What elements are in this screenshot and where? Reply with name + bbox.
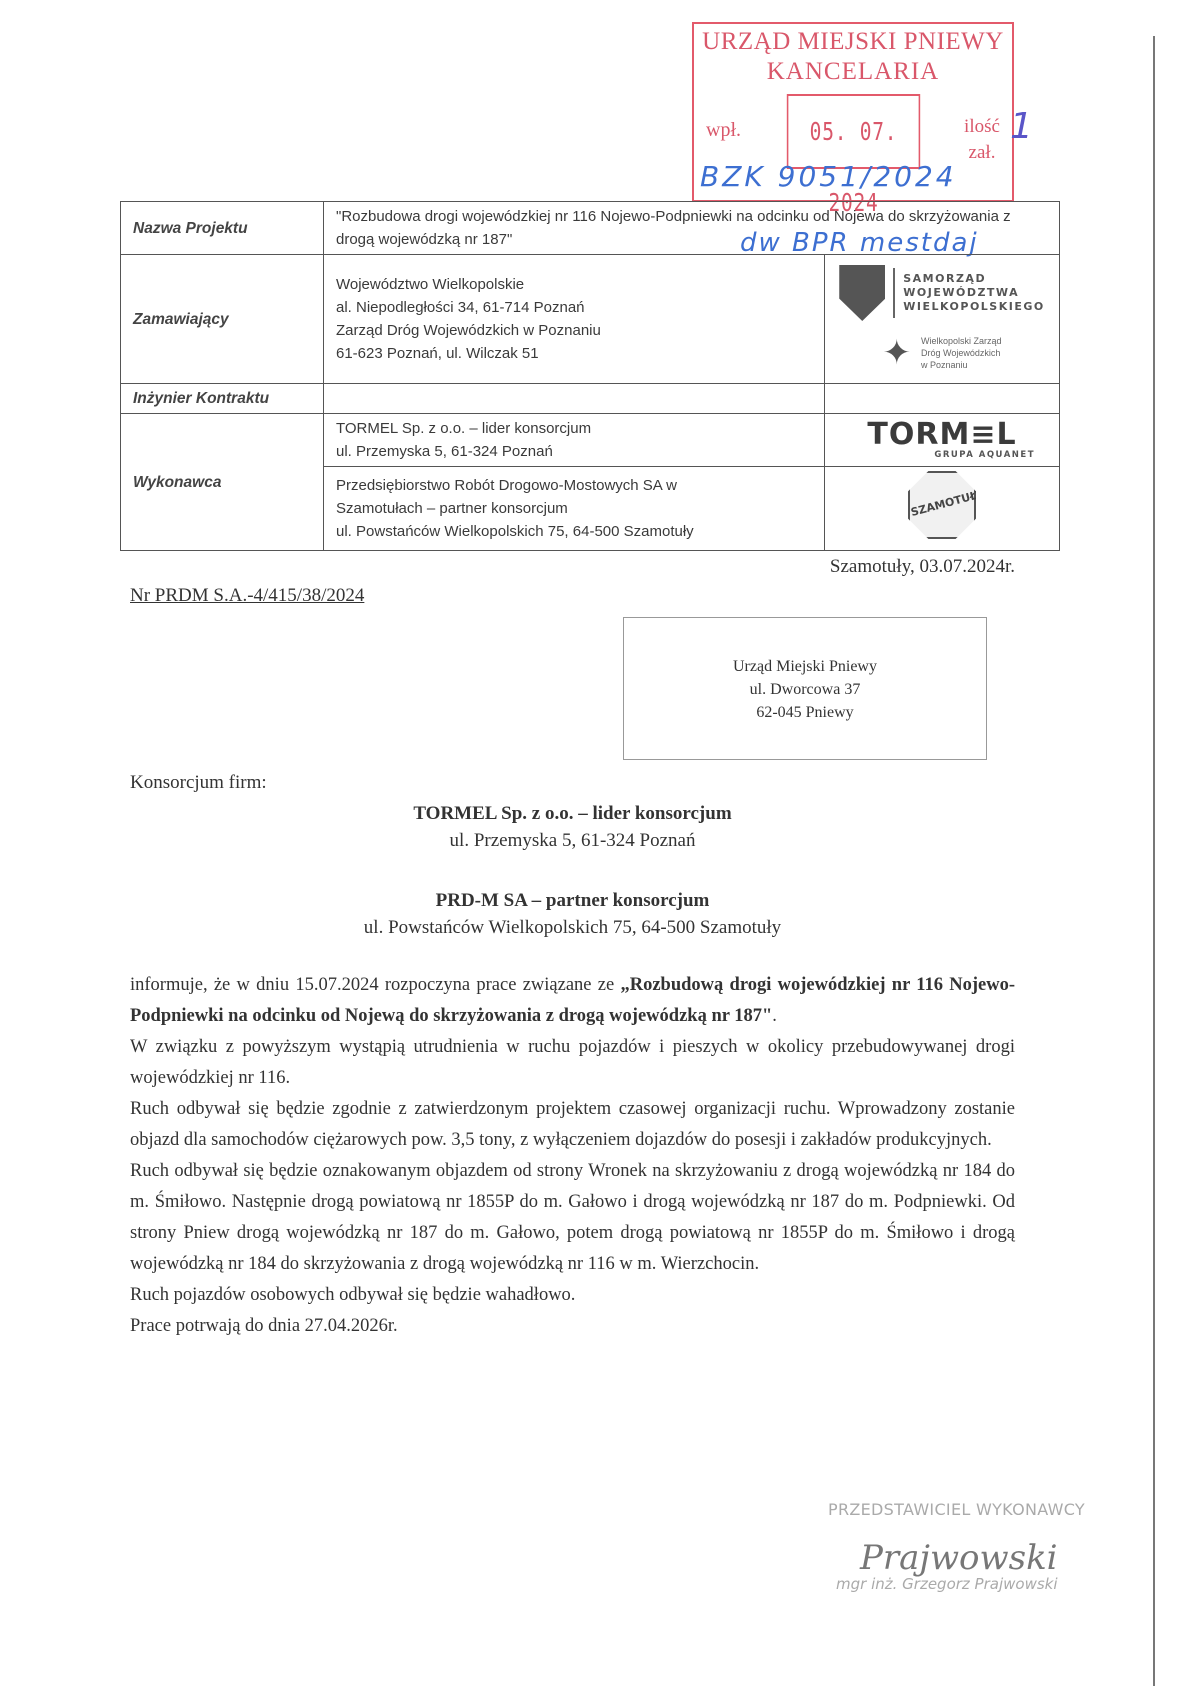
firm-address: ul. Powstańców Wielkopolskich 75, 64-500…: [130, 914, 1015, 941]
prdm-logo-text: SZAMOTUŁY: [908, 485, 976, 524]
firm-name: TORMEL Sp. z o.o. – lider konsorcjum: [130, 800, 1015, 827]
stamp-office: URZĄD MIEJSKI PNIEWY: [694, 28, 1012, 56]
contractor-line: Przedsiębiorstwo Robót Drogowo-Mostowych…: [336, 474, 812, 497]
prdm-logo: SZAMOTUŁY: [825, 467, 1060, 551]
client-line: 61-623 Poznań, ul. Wilczak 51: [336, 342, 812, 365]
eagle-shield-icon: [839, 265, 885, 321]
logo-text: Dróg Wojewódzkich: [921, 347, 1002, 359]
tormel-wordmark: TORM≡L: [831, 420, 1053, 450]
signature-name: mgr inż. Grzegorz Prajwowski: [836, 1575, 1058, 1593]
stamp-department: KANCELARIA: [694, 58, 1012, 86]
road-junction-icon: ✦: [882, 336, 911, 370]
contractor-line: ul. Powstańców Wielkopolskich 75, 64-500…: [336, 520, 812, 543]
body-text: .: [772, 1006, 777, 1026]
client-line: Zarząd Dróg Wojewódzkich w Poznaniu: [336, 319, 812, 342]
contractor-line: ul. Przemyska 5, 61-324 Poznań: [336, 440, 812, 463]
row-engineer: Inżynier Kontraktu: [121, 384, 1060, 414]
contractor-leader: TORMEL Sp. z o.o. – lider konsorcjum ul.…: [324, 414, 825, 467]
place-date: Szamotuły, 03.07.2024r.: [830, 556, 1015, 578]
stamp-received-label: wpł.: [706, 119, 741, 142]
logo-text: SAMORZĄD: [903, 272, 1045, 286]
page-edge-line: [1153, 36, 1155, 1686]
tormel-logo: TORM≡L GRUPA AQUANET: [825, 414, 1060, 467]
letter-body: informuje, że w dniu 15.07.2024 rozpoczy…: [130, 970, 1015, 1342]
project-label: Nazwa Projektu: [121, 202, 324, 255]
project-info-table: Nazwa Projektu "Rozbudowa drogi wojewódz…: [120, 201, 1060, 551]
contractor-label: Wykonawca: [121, 414, 324, 551]
samorzad-logo: SAMORZĄD WOJEWÓDZTWA WIELKOPOLSKIEGO: [831, 265, 1053, 321]
prdm-octagon-icon: SZAMOTUŁY: [908, 471, 976, 539]
client-details: Województwo Wielkopolskie al. Niepodległ…: [324, 255, 825, 384]
handwritten-ref: BZK 9051/2024: [700, 160, 957, 193]
stamp-received-date: 05. 07. 2024: [787, 94, 920, 169]
client-line: al. Niepodległości 34, 61-714 Poznań: [336, 296, 812, 319]
firm-partner: PRD-M SA – partner konsorcjum ul. Powsta…: [130, 887, 1015, 941]
reference-number: Nr PRDM S.A.-4/415/38/2024: [130, 585, 364, 607]
signature-title: PRZEDSTAWICIEL WYKONAWCY: [828, 1500, 1085, 1519]
logo-text: w Poznaniu: [921, 359, 1002, 371]
row-client: Zamawiający Województwo Wielkopolskie al…: [121, 255, 1060, 384]
contractor-line: Szamotułach – partner konsorcjum: [336, 497, 812, 520]
engineer-label: Inżynier Kontraktu: [121, 384, 324, 414]
body-paragraph-5: Ruch pojazdów osobowych odbywał się będz…: [130, 1280, 1015, 1311]
signature-scribble: Prajwowski: [860, 1538, 1058, 1578]
recipient-address-box: Urząd Miejski Pniewy ul. Dworcowa 37 62-…: [623, 617, 987, 760]
body-paragraph-3: Ruch odbywał się będzie zgodnie z zatwie…: [130, 1094, 1015, 1156]
project-value: "Rozbudowa drogi wojewódzkiej nr 116 Noj…: [324, 202, 1060, 255]
body-paragraph-2: W związku z powyższym wystąpią utrudnien…: [130, 1032, 1015, 1094]
body-paragraph-6: Prace potrwają do dnia 27.04.2026r.: [130, 1311, 1015, 1342]
recipient-line: Urząd Miejski Pniewy: [624, 655, 986, 678]
body-text: informuje, że w dniu 15.07.2024 rozpoczy…: [130, 975, 620, 995]
firm-name: PRD-M SA – partner konsorcjum: [130, 887, 1015, 914]
body-paragraph-4: Ruch odbywał się będzie oznakowanym obja…: [130, 1156, 1015, 1280]
contractor-partner: Przedsiębiorstwo Robót Drogowo-Mostowych…: [324, 467, 825, 551]
client-logos: SAMORZĄD WOJEWÓDZTWA WIELKOPOLSKIEGO ✦ W…: [825, 255, 1060, 384]
recipient-line: ul. Dworcowa 37: [624, 678, 986, 701]
client-line: Województwo Wielkopolskie: [336, 273, 812, 296]
recipient-line: 62-045 Pniewy: [624, 701, 986, 724]
stamp-attachments-count: 1: [1010, 106, 1033, 147]
stamp-attachments-label: ilość zał.: [962, 114, 1002, 166]
row-contractor-leader: Wykonawca TORMEL Sp. z o.o. – lider kons…: [121, 414, 1060, 467]
engineer-value: [324, 384, 825, 414]
client-label: Zamawiający: [121, 255, 324, 384]
contractor-line: TORMEL Sp. z o.o. – lider konsorcjum: [336, 417, 812, 440]
logo-text: Wielkopolski Zarząd: [921, 335, 1002, 347]
logo-text: WOJEWÓDZTWA: [903, 286, 1045, 300]
tormel-subtitle: GRUPA AQUANET: [831, 450, 1053, 460]
consortium-label: Konsorcjum firm:: [130, 772, 267, 794]
logo-text: WIELKOPOLSKIEGO: [903, 300, 1045, 314]
wzdw-logo: ✦ Wielkopolski Zarząd Dróg Wojewódzkich …: [831, 335, 1053, 371]
body-paragraph-1: informuje, że w dniu 15.07.2024 rozpoczy…: [130, 970, 1015, 1032]
firm-leader: TORMEL Sp. z o.o. – lider konsorcjum ul.…: [130, 800, 1015, 854]
row-project: Nazwa Projektu "Rozbudowa drogi wojewódz…: [121, 202, 1060, 255]
firm-address: ul. Przemyska 5, 61-324 Poznań: [130, 827, 1015, 854]
